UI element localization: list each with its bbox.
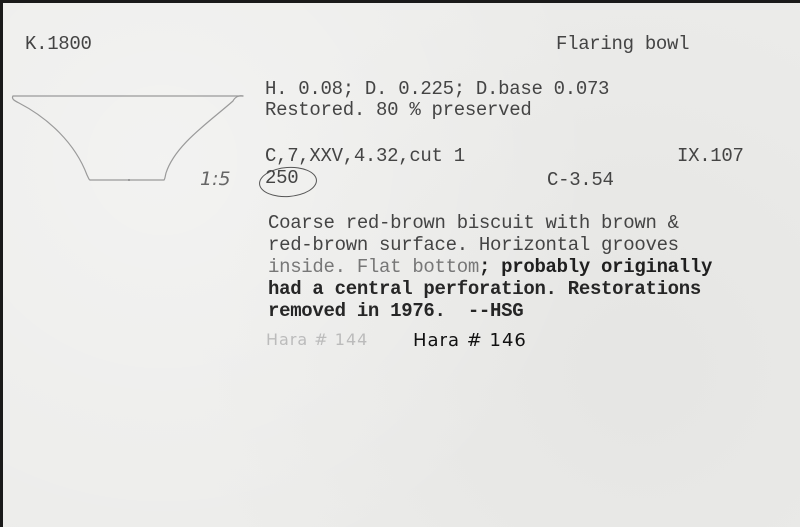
c-number: C-3.54 [547, 169, 614, 191]
description-line: inside. Flat bottom; probably originally [268, 256, 712, 278]
condition: Restored. 80 % preserved [265, 99, 531, 121]
description-line: had a central perforation. Restorations [268, 278, 701, 300]
erased-note: Hara # 144 [266, 330, 368, 349]
description-run: ; probably originally [479, 256, 712, 278]
description-line: red-brown surface. Horizontal grooves [268, 234, 679, 256]
catalog-card: K.1800 Flaring bowl H. 0.08; D. 0.225; D… [3, 3, 800, 527]
scale-note: 1:5 [200, 168, 231, 190]
handwritten-note: Hara # 146 [413, 330, 527, 351]
catalog-number: K.1800 [25, 33, 92, 55]
object-name: Flaring bowl [556, 33, 689, 55]
description-line: Coarse red-brown biscuit with brown & [268, 212, 679, 234]
context: C,7,XXV,4.32,cut 1 [265, 145, 465, 167]
circled-number: 250 [265, 167, 298, 189]
reference-number: IX.107 [677, 145, 744, 167]
dimensions: H. 0.08; D. 0.225; D.base 0.073 [265, 78, 609, 100]
description-run: inside. Flat bottom [268, 256, 479, 278]
description-line: removed in 1976. --HSG [268, 300, 523, 322]
